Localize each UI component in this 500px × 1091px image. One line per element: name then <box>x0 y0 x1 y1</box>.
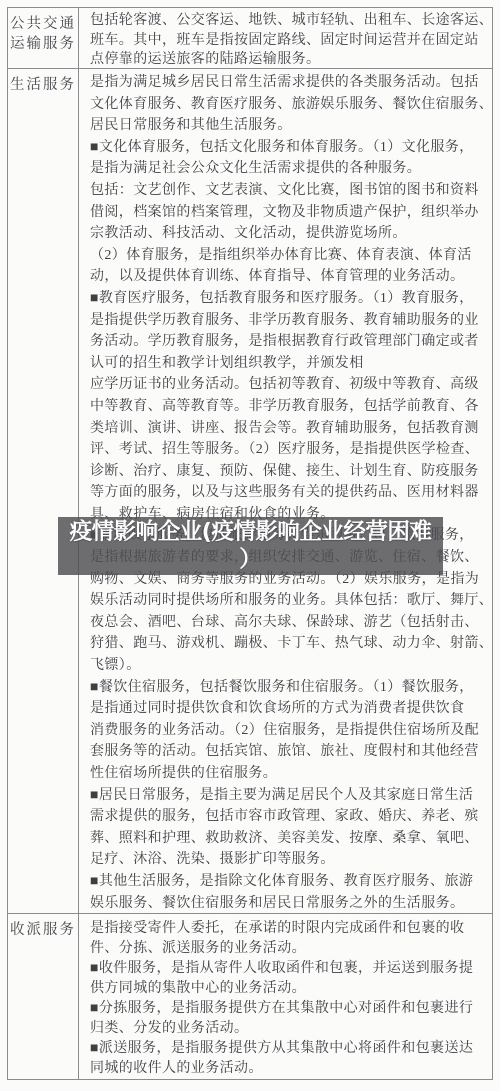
text-line: （2）体育服务，是指组织举办体育比赛、体育表演、体育活 <box>90 245 487 267</box>
row-label-line: 运输服务 <box>8 34 78 54</box>
text-line: 归类、分发的业务活动。 <box>90 1019 487 1039</box>
text-line: 中等教育、高等教育等。非学历教育服务，包括学前教育、各 <box>90 396 487 418</box>
text-line: 是指接受寄件人委托，在承诺的时限内完成函件和包裹的收 <box>90 919 487 939</box>
text-line: ■分拣服务，是指服务提供方在其集散中心对函件和包裹进行 <box>90 999 487 1019</box>
text-line: 供方同城的集散中心的业务活动。 <box>90 979 487 999</box>
text-line: 居民日常服务和其他生活服务。 <box>90 115 487 137</box>
text-line: 等方面的服务，以及与这些服务有关的提供药品、医用材料器 <box>90 482 487 504</box>
text-line: 是指通过同时提供饮食和饮食场所的方式为消费者提供饮食 <box>90 698 487 720</box>
text-line: 宗教活动、科技活动、文化活动，提供游览场所。 <box>90 223 487 245</box>
table-row: 生活服务是指为满足城乡居民日常生活需求提供的各类服务活动。包括文化体育服务、教育… <box>8 69 492 914</box>
text-line: 是指为满足城乡居民日常生活需求提供的各类服务活动。包括 <box>90 72 487 94</box>
text-line: 葬、照料和护理、救助救济、美容美发、按摩、桑拿、氧吧、 <box>90 828 487 850</box>
text-line: 借阅，档案馆的档案管理，文物及非物质遗产保护，组织举办 <box>90 202 487 224</box>
text-line: 同城的收件人的业务活动。 <box>90 1059 487 1079</box>
text-line: 应学历证书的业务活动。包括初等教育、初级中等教育、高级 <box>90 374 487 396</box>
text-line: 夜总会、酒吧、台球、高尔夫球、保龄球、游艺（包括射击、 <box>90 612 487 634</box>
row-label-cell: 生活服务 <box>8 69 79 913</box>
text-line: 是指提供学历教育服务、非学历教育服务、教育辅助服务的业 <box>90 310 487 332</box>
row-text-cell: 是指为满足城乡居民日常生活需求提供的各类服务活动。包括文化体育服务、教育医疗服务… <box>79 69 492 913</box>
text-line: 包括：文艺创作、文艺表演、文化比赛，图书馆的图书和资料 <box>90 180 487 202</box>
text-line: 类培训、演讲、讲座、报告会等。教育辅助服务，包括教育测 <box>90 418 487 440</box>
table-row: 收派服务是指接受寄件人委托，在承诺的时限内完成函件和包裹的收件、分拣、派送服务的… <box>8 914 492 1080</box>
text-line: 班车。其中，班车是指按固定路线、固定时间运营并在固定站 <box>90 31 487 51</box>
text-line: 狩猎、跑马、游戏机、蹦极、卡丁车、热气球、动力伞、射箭、 <box>90 633 487 655</box>
watermark-banner: 疫情影响企业(疫情影响企业经营困难 ） <box>58 517 443 575</box>
text-line: ■其他生活服务，是指除文化体育服务、教育医疗服务、旅游 <box>90 871 487 893</box>
text-line: 足疗、沐浴、洗染、摄影扩印等服务。 <box>90 849 487 871</box>
text-line: 动，以及提供体育训练、体育指导、体育管理的业务活动。 <box>90 266 487 288</box>
text-line: 点停靠的运送旅客的陆路运输服务。 <box>90 50 487 68</box>
text-line: 娱乐活动同时提供场所和服务的业务。具体包括：歌厅、舞厅、 <box>90 590 487 612</box>
text-line: 诊断、治疗、康复、预防、保健、接生、计划生育、防疫服务 <box>90 461 487 483</box>
text-line: ■文化体育服务，包括文化服务和体育服务。（1）文化服务， <box>90 137 487 159</box>
row-text-cell: 是指接受寄件人委托，在承诺的时限内完成函件和包裹的收件、分拣、派送服务的业务活动… <box>79 914 492 1080</box>
text-line: ■教育医疗服务，包括教育服务和医疗服务。（1）教育服务， <box>90 288 487 310</box>
text-line: 需求提供的服务，包括市容市政管理、家政、婚庆、养老、殡 <box>90 806 487 828</box>
text-line: 消费服务的业务活动。（2）住宿服务，是指提供住宿场所及配 <box>90 720 487 742</box>
row-label-cell: 公共交通运输服务 <box>8 8 79 68</box>
watermark-text-line2: ） <box>58 547 443 573</box>
document-page: 公共交通运输服务包括轮客渡、公交客运、地铁、城市轻轨、出租车、长途客运、班车。其… <box>0 0 500 1091</box>
text-line: ■派送服务，是指服务提供方从其集散中心将函件和包裹送达 <box>90 1039 487 1059</box>
row-label-cell: 收派服务 <box>8 914 79 1080</box>
text-line: 性住宿场所提供的住宿服务。 <box>90 763 487 785</box>
text-line: ■餐饮住宿服务，包括餐饮服务和住宿服务。（1）餐饮服务， <box>90 677 487 699</box>
text-line: 件、分拣、派送服务的业务活动。 <box>90 939 487 959</box>
text-line: 娱乐服务、餐饮住宿服务和居民日常服务之外的生活服务。 <box>90 893 487 913</box>
row-label-line: 生活服务 <box>8 75 78 95</box>
text-line: 文化体育服务、教育医疗服务、旅游娱乐服务、餐饮住宿服务、 <box>90 94 487 116</box>
row-label-line: 收派服务 <box>8 920 78 940</box>
text-line: ■居民日常服务，是指主要为满足居民个人及其家庭日常生活 <box>90 785 487 807</box>
text-line: 认可的招生和教学计划组织教学，并颁发相 <box>90 353 487 375</box>
watermark-text-line1: 疫情影响企业(疫情影响企业经营困难 <box>58 517 443 547</box>
text-line: 务活动。学历教育服务，是指根据教育行政管理部门确定或者 <box>90 331 487 353</box>
table-row: 公共交通运输服务包括轮客渡、公交客运、地铁、城市轻轨、出租车、长途客运、班车。其… <box>8 8 492 69</box>
row-label-line: 公共交通 <box>8 14 78 34</box>
text-line: 是指为满足社会公众文化生活需求提供的各种服务。 <box>90 158 487 180</box>
row-text-cell: 包括轮客渡、公交客运、地铁、城市轻轨、出租车、长途客运、班车。其中，班车是指按固… <box>79 8 492 68</box>
text-line: 套服务等的活动。包括宾馆、旅馆、旅社、度假村和其他经营 <box>90 741 487 763</box>
text-line: ■收件服务，是指从寄件人收取函件和包裹，并运送到服务提 <box>90 959 487 979</box>
text-line: 飞镖）。 <box>90 655 487 677</box>
text-line: 评、考试、招生等服务。（2）医疗服务，是指提供医学检查、 <box>90 439 487 461</box>
text-line: 包括轮客渡、公交客运、地铁、城市轻轨、出租车、长途客运、 <box>90 11 487 31</box>
